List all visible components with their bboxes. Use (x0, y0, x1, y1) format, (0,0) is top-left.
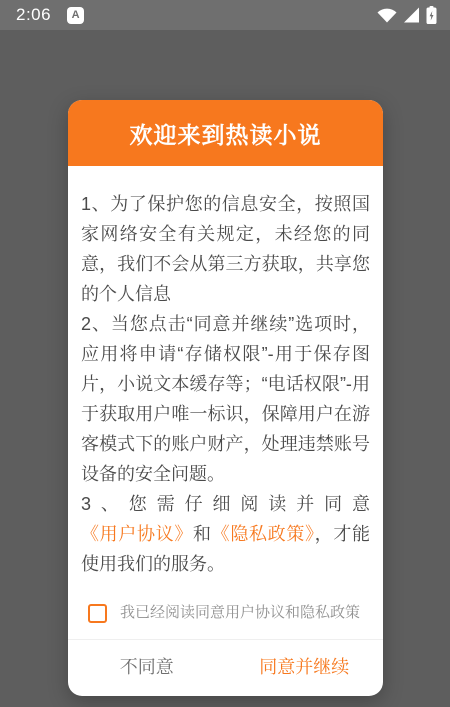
notification-icon-letter: A (72, 9, 80, 21)
paragraph-agreements-prefix: 3、您需仔细阅读并同意 (81, 494, 370, 514)
agreement-checkbox-label: 我已经阅读同意用户协议和隐私政策 (120, 603, 360, 623)
screen: 2:06 A (0, 0, 450, 30)
paragraph-agreements-middle: 和 (193, 524, 212, 544)
disagree-button[interactable]: 不同意 (68, 640, 226, 696)
dialog-header: 欢迎来到热读小说 (68, 100, 383, 166)
privacy-dialog: 欢迎来到热读小说 1、为了保护您的信息安全，按照国家网络安全有关规定，未经您的同… (68, 100, 383, 696)
status-bar-right (377, 6, 437, 24)
agree-button[interactable]: 同意并继续 (226, 640, 384, 696)
dialog-footer: 不同意 同意并继续 (68, 639, 383, 696)
agreement-checkbox[interactable] (88, 604, 107, 623)
privacy-policy-link[interactable]: 《隐私政策》 (212, 524, 315, 544)
dialog-body: 1、为了保护您的信息安全，按照国家网络安全有关规定，未经您的同意，我们不会从第三… (68, 166, 383, 623)
status-time: 2:06 (16, 5, 51, 25)
status-bar-left: 2:06 A (16, 5, 84, 25)
status-bar: 2:06 A (0, 0, 450, 30)
agreement-checkbox-row[interactable]: 我已经阅读同意用户协议和隐私政策 (88, 603, 370, 623)
paragraph-permissions: 2、当您点击“同意并继续”选项时，应用将申请“存储权限”-用于保存图片，小说文本… (81, 309, 370, 489)
notification-icon: A (67, 7, 84, 24)
paragraph-agreements: 3、您需仔细阅读并同意《用户协议》和《隐私政策》，才能使用我们的服务。 (81, 489, 370, 579)
wifi-icon (377, 7, 397, 23)
dialog-title: 欢迎来到热读小说 (130, 117, 322, 150)
user-agreement-link[interactable]: 《用户协议》 (81, 524, 193, 544)
cellular-signal-icon (403, 7, 420, 23)
battery-charging-icon (426, 6, 437, 24)
paragraph-info-security: 1、为了保护您的信息安全，按照国家网络安全有关规定，未经您的同意，我们不会从第三… (81, 189, 370, 309)
